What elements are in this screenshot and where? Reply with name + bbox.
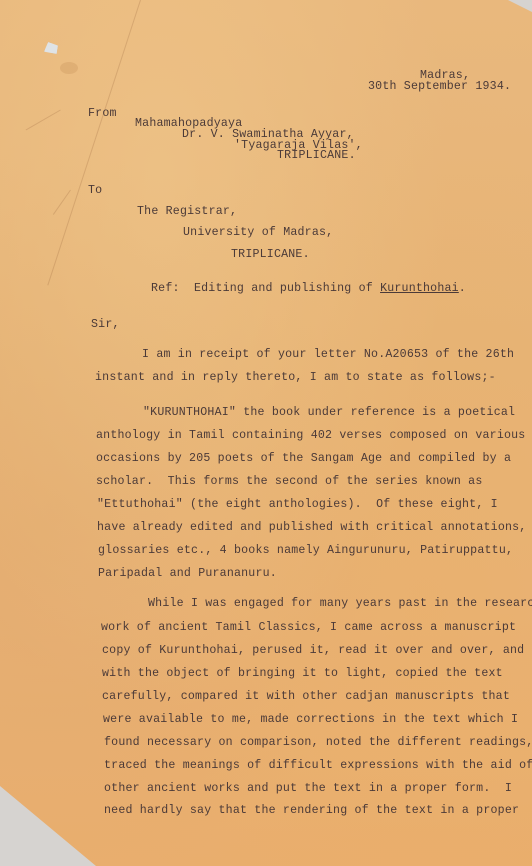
p2-line-2: anthology in Tamil containing 402 verses… (96, 429, 525, 443)
p2-line-4: scholar. This forms the second of the se… (96, 475, 483, 489)
from-line-4: TRIPLICANE. (277, 149, 356, 163)
to-line-3: TRIPLICANE. (231, 248, 310, 262)
p3-line-1: While I was engaged for many years past … (148, 597, 532, 611)
reference-label: Ref: (151, 282, 180, 295)
p3-line-4: with the object of bringing it to light,… (102, 667, 503, 681)
p2-line-3: occasions by 205 poets of the Sangam Age… (96, 452, 511, 466)
p3-line-5: carefully, compared it with other cadjan… (102, 690, 510, 704)
p1-line-1: I am in receipt of your letter No.A20653… (142, 348, 514, 362)
paper-stain (60, 62, 78, 74)
paper-crease (26, 110, 61, 131)
p1-line-2: instant and in reply thereto, I am to st… (95, 371, 496, 385)
p3-line-2: work of ancient Tamil Classics, I came a… (101, 621, 516, 635)
p2-line-8: Paripadal and Purananuru. (98, 567, 277, 581)
p3-line-8: traced the meanings of difficult express… (104, 759, 532, 773)
p2-line-5: "Ettuthohai" (the eight anthologies). Of… (97, 498, 498, 512)
p2-line-7: glossaries etc., 4 books namely Aingurun… (98, 544, 513, 558)
paper-crease (53, 190, 71, 215)
p3-line-7: found necessary on comparison, noted the… (104, 736, 532, 750)
p2-line-1: "KURUNTHOHAI" the book under reference i… (143, 406, 515, 420)
to-line-1: The Registrar, (137, 205, 237, 219)
to-line-2: University of Madras, (183, 226, 333, 240)
reference-end: . (459, 282, 466, 295)
reference-text: Editing and publishing of (194, 282, 380, 295)
to-label: To (88, 184, 102, 198)
date: 30th September 1934. (368, 80, 511, 94)
p3-line-3: copy of Kurunthohai, perused it, read it… (102, 644, 524, 658)
from-label: From (88, 107, 117, 121)
salutation: Sir, (91, 318, 120, 332)
paper-crease (47, 0, 141, 285)
p3-line-10: need hardly say that the rendering of th… (104, 804, 519, 818)
reference-title: Kurunthohai (380, 282, 459, 295)
letter-paper: Madras, 30th September 1934. From Mahama… (0, 0, 532, 866)
reference-line: Ref: Editing and publishing of Kurunthoh… (151, 282, 466, 296)
paper-hole (44, 42, 58, 54)
p3-line-6: were available to me, made corrections i… (103, 713, 518, 727)
p3-line-9: other ancient works and put the text in … (104, 782, 512, 796)
p2-line-6: have already edited and published with c… (97, 521, 526, 535)
